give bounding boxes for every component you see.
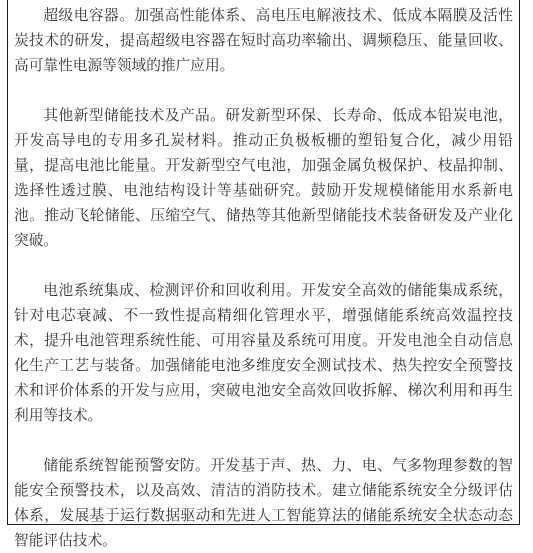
paragraph-intelligent-early-warning-security: 储能系统智能预警安防。开发基于声、热、力、电、气多物理参数的智能安全预警技术，以…	[14, 453, 513, 533]
document-content: 超级电容器。加强高性能体系、高电压电解液技术、低成本隔膜及活性炭技术的研发，提高…	[8, 0, 519, 533]
document-text-cell: 超级电容器。加强高性能体系、高电压电解液技术、低成本隔膜及活性炭技术的研发，提高…	[7, 0, 520, 525]
paragraph-other-new-storage-tech: 其他新型储能技术及产品。研发新型环保、长寿命、低成本铅炭电池，开发高导电的专用多…	[14, 103, 513, 253]
paragraph-supercapacitor: 超级电容器。加强高性能体系、高电压电解液技术、低成本隔膜及活性炭技术的研发，提高…	[14, 3, 513, 78]
paragraph-battery-system-integration: 电池系统集成、检测评价和回收利用。开发安全高效的储能集成系统，针对电芯衰减、不一…	[14, 278, 513, 428]
